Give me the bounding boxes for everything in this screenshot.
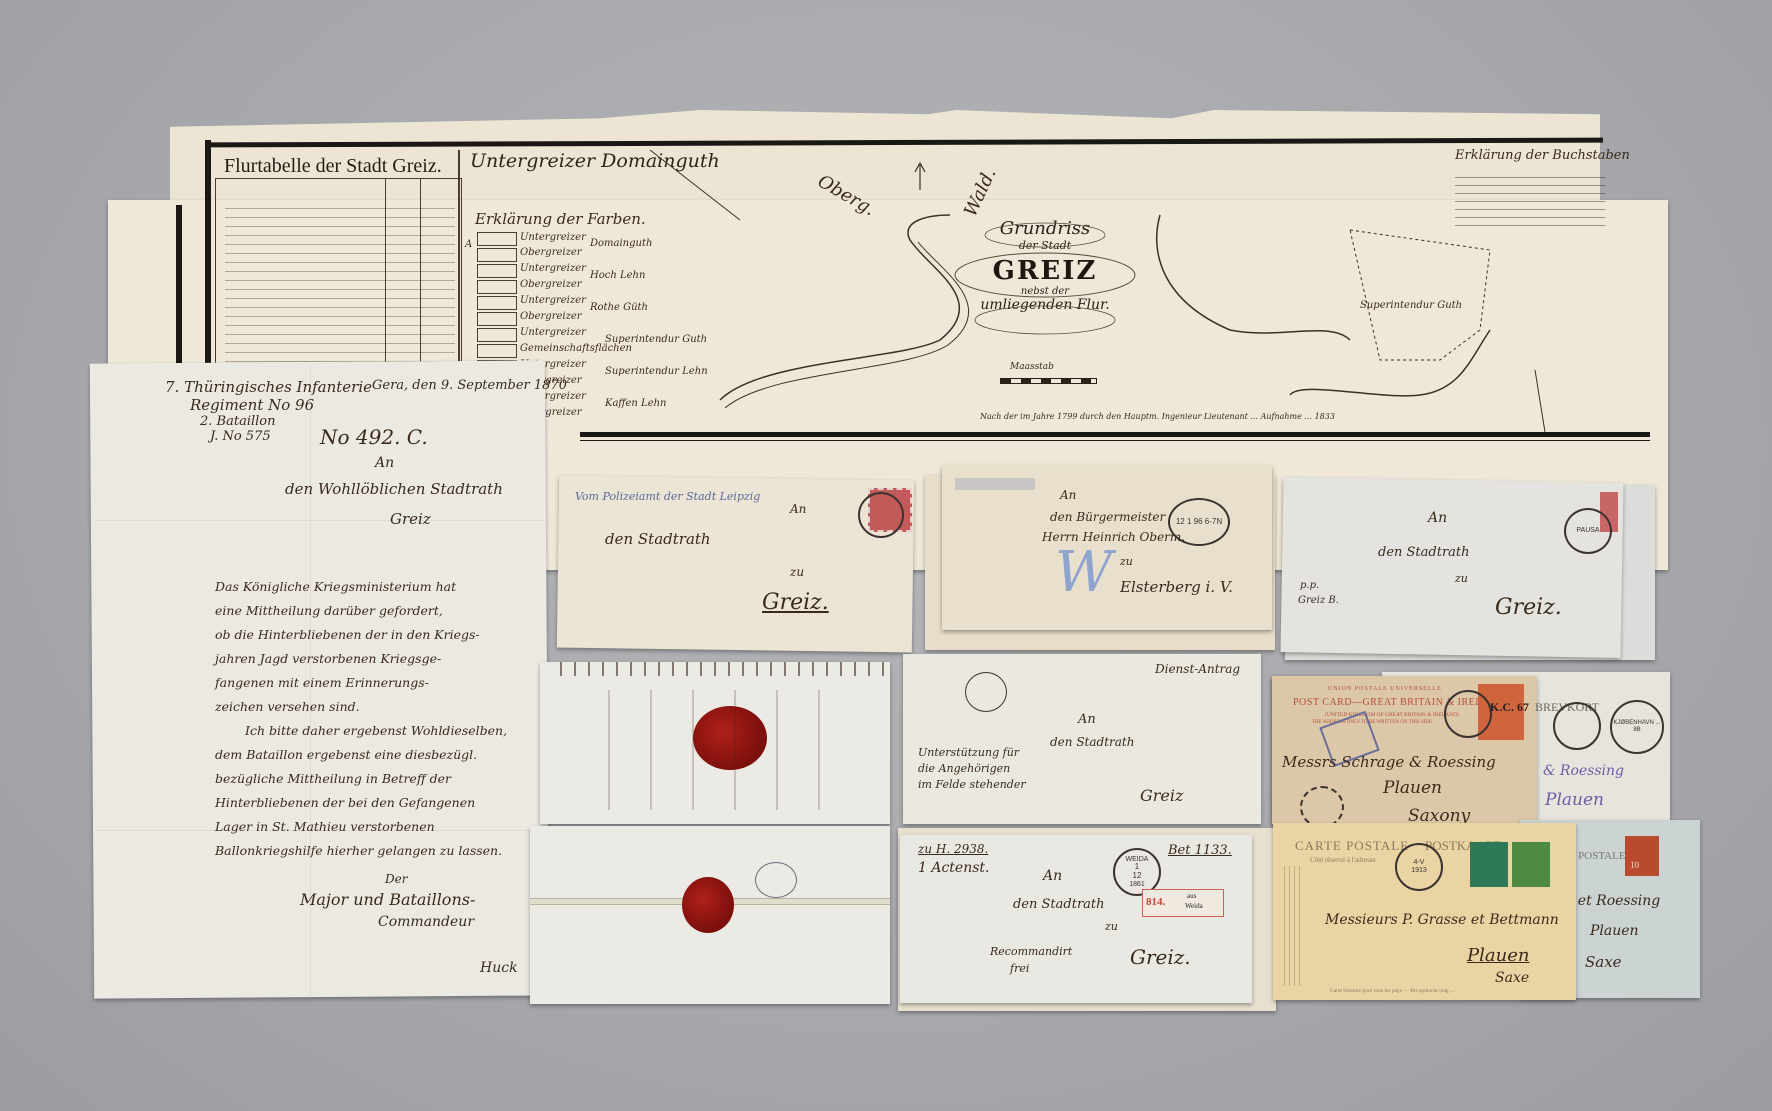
envelope-greiz-right-address-line: den Stadtrath	[1378, 545, 1470, 560]
letter-signature-name: Huck	[480, 960, 518, 976]
letter-body-line: eine Mittheilung darüber gefordert,	[215, 599, 540, 623]
envelope-elsterberg-address-zu: zu	[1120, 555, 1133, 568]
envelope-leipzig-address-line: den Stadtrath	[605, 530, 711, 548]
postcard-gb-postmark	[1444, 690, 1492, 738]
envelope-weida-address-an: An	[1043, 868, 1062, 884]
envelope-weida-address-town: Greiz.	[1130, 945, 1191, 969]
letter-regiment-line-2: Regiment No 96	[190, 396, 372, 414]
envelope-weida-postmark-year: 1861	[1129, 881, 1145, 889]
letter-recipient: den Wohllöblichen Stadtrath	[285, 480, 503, 498]
letter-body-line: Ballonkriegshilfe hierher gelangen zu la…	[215, 839, 540, 863]
letter-body-line: Lager in St. Mathieu verstorbenen	[215, 815, 540, 839]
letter-recipient-an: An	[375, 455, 394, 471]
postcard-belgium-sender-strip	[1280, 866, 1302, 986]
envelope-stadtrath-middle-postmark	[965, 672, 1007, 712]
letter-body-line: Hinterbliebenen der bei den Gefangenen	[215, 791, 540, 815]
letter-body-line: zeichen versehen sind.	[215, 695, 540, 719]
envelope-weida-address-line: den Stadtrath	[1013, 897, 1105, 912]
postcard-belgium-header: CARTE POSTALE	[1295, 838, 1409, 854]
letter-reference: No 492. C.	[320, 425, 428, 449]
envelope-greiz-right-postmark: PAUSA	[1564, 508, 1612, 554]
envelope-greiz-right-address-an: An	[1428, 510, 1447, 526]
letter-signature-title: Major und Bataillons-	[300, 890, 475, 909]
letter-fold-horizontal	[95, 520, 545, 521]
envelope-greiz-right-address-zu: zu	[1455, 572, 1468, 585]
letter-body: Das Königliche Kriegsministerium hat ein…	[215, 575, 540, 863]
folded-letter-wax-top-edge	[548, 662, 888, 676]
envelope-elsterberg-address-an: An	[1060, 488, 1076, 502]
envelope-stadtrath-middle-corner-note: Dienst-Antrag	[1155, 662, 1240, 676]
letter-regiment-line-1: 7. Thüringisches Infanterie	[165, 378, 372, 396]
envelope-elsterberg-postmark: 12 1 96 6-7N	[1168, 498, 1230, 546]
cartouche-flourish	[950, 215, 1140, 350]
map-scale-bar	[1000, 378, 1097, 384]
envelope-stadtrath-middle-address-an: An	[1078, 712, 1096, 727]
envelope-leipzig-address-zu: zu	[790, 565, 804, 579]
right-legend-title: Erklärung der Buchstaben	[1455, 148, 1630, 163]
registration-number: 814.	[1146, 896, 1165, 908]
envelope-weida-postmark-month: 12	[1133, 872, 1142, 881]
postcard-belgium-subheader: Côté réservé à l'adresse	[1310, 856, 1376, 864]
envelope-greiz-right-note-2: Greiz B.	[1298, 595, 1339, 606]
postcard-belgium-postmark-year: 1913	[1411, 867, 1427, 875]
postcard-belgium-stamp-1	[1470, 842, 1508, 887]
envelope-weida-corner-left-2: 1 Actenst.	[918, 860, 990, 876]
letter-signature-der: Der	[385, 872, 407, 886]
wax-seal-icon	[682, 877, 734, 933]
letter-signature-commandeur: Commandeur	[378, 914, 474, 930]
letter-body-line: dem Bataillon ergebenst eine diesbezügl.	[215, 743, 540, 767]
letter-date: Gera, den 9. September 1870	[372, 378, 567, 393]
letter-body-line: bezügliche Mittheilung in Betreff der	[215, 767, 540, 791]
envelope-leipzig-address-town: Greiz.	[762, 590, 829, 615]
postcard-brevkort-address-line-1: & Roessing	[1543, 763, 1624, 779]
envelope-stadtrath-middle-address-line: den Stadtrath	[1050, 735, 1134, 749]
postcard-brevkort-postmark-1	[1553, 702, 1601, 750]
postcard-belgium-postmark: 4-V 1913	[1395, 843, 1443, 891]
postcard-belgium-address-3: Saxe	[1495, 970, 1529, 986]
envelope-leipzig-sender-stamp: Vom Polizeiamt der Stadt Leipzig	[575, 490, 760, 503]
postcard-france-stamp-value: 10	[1630, 860, 1639, 870]
folded-letter-wax-top-text	[580, 690, 840, 810]
postcard-belgium-postmark-date: 4-V	[1414, 859, 1425, 867]
folded-letter-wax-bottom-postmark	[755, 862, 797, 898]
postcard-gb-address-line-1: Messrs Schrage & Roessing	[1282, 753, 1496, 771]
envelope-weida-bottom-note-2: frei	[1010, 962, 1029, 975]
envelope-leipzig-postmark	[858, 492, 904, 538]
right-legend-lines	[1455, 170, 1605, 230]
envelope-elsterberg-address-line-1: den Bürgermeister	[1050, 510, 1165, 524]
postcard-belgium-address-2: Plauen	[1467, 945, 1529, 966]
envelope-stadtrath-middle-note-3: im Felde stehender	[918, 778, 1026, 791]
postcard-gb-arrival-postmark	[1300, 786, 1344, 828]
postcard-belgium-address-1: Messieurs P. Grasse et Bettmann	[1325, 912, 1559, 928]
envelope-elsterberg-faded-stamp	[955, 478, 1035, 490]
envelope-greiz-right	[1280, 477, 1623, 658]
letter-recipient-town: Greiz	[390, 510, 431, 528]
envelope-greiz-right-note-1: p.p.	[1300, 580, 1319, 591]
postcard-france-stamp	[1625, 836, 1659, 876]
envelope-stadtrath-middle-note-2: die Angehörigen	[918, 762, 1010, 775]
envelope-weida-registration-label: 814. aus Weida	[1142, 889, 1224, 917]
envelope-leipzig-address-an: An	[790, 502, 806, 516]
postcard-gb-address-line-2: Plauen	[1383, 778, 1442, 798]
postcard-belgium-footer: Carte illustrée pour tous les pays — Bri…	[1330, 988, 1454, 994]
map-footer-note: Nach der im Jahre 1799 durch den Hauptm.…	[980, 412, 1335, 421]
envelope-stadtrath-middle-address-town: Greiz	[1140, 786, 1183, 805]
postcard-gb-duplex: K.C. 67	[1490, 700, 1529, 715]
postcard-gb-header-small: UNION POSTALE UNIVERSELLE	[1328, 686, 1442, 692]
envelope-greiz-right-address-town: Greiz.	[1495, 595, 1562, 620]
letter-body-line: Das Königliche Kriegsministerium hat	[215, 575, 540, 599]
postcard-france-address-3: Saxe	[1585, 953, 1622, 971]
map-label-superintendur: Superintendur Guth	[1360, 300, 1462, 311]
postcard-brevkort-address-line-2: Plauen	[1545, 790, 1604, 810]
letter-body-line: Ich bitte daher ergebenst Wohldieselben,	[245, 719, 540, 743]
letter-body-line: fangenen mit einem Erinnerungs-	[215, 671, 540, 695]
envelope-weida-corner-right: Bet 1133.	[1168, 843, 1232, 858]
envelope-stadtrath-middle-note-1: Unterstützung für	[918, 746, 1019, 759]
registration-text-1: aus	[1187, 892, 1196, 900]
envelope-elsterberg-address-town: Elsterberg i. V.	[1120, 578, 1233, 596]
map-scale-label: Maasstab	[1010, 362, 1054, 372]
registration-text-2: Weida	[1185, 902, 1203, 910]
postcard-brevkort-postmark-2: KJØBENHAVN ... 8B	[1610, 700, 1664, 754]
postcard-france-address-2: Plauen	[1590, 923, 1639, 939]
letter-body-line: jahren Jagd verstorbenen Kriegsge-	[215, 647, 540, 671]
envelope-weida-corner-left-1: zu H. 2938.	[918, 842, 988, 856]
envelope-elsterberg-blue-mark: W	[1055, 540, 1113, 605]
envelope-weida-address-zu: zu	[1105, 920, 1118, 933]
letter-body-line: ob die Hinterbliebenen der in den Kriegs…	[215, 623, 540, 647]
envelope-weida-bottom-note-1: Recommandirt	[990, 945, 1072, 958]
postcard-belgium-stamp-2	[1512, 842, 1550, 887]
